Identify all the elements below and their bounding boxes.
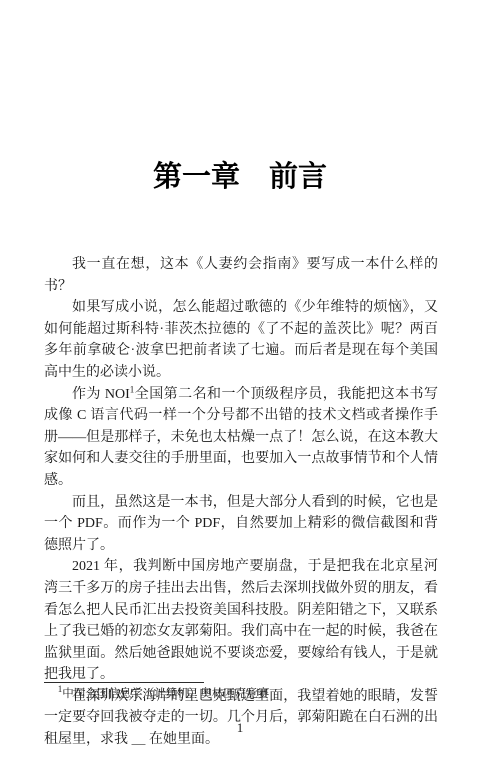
page-number: 1 xyxy=(0,720,480,736)
paragraph-5: 2021 年，我判断中国房地产要崩盘，于是把我在北京星河湾三千多万的房子挂出去出… xyxy=(44,556,438,686)
footnote-body: 中国全国信息学（计算机）奥林匹克竞赛 xyxy=(62,688,269,700)
paragraph-1: 我一直在想，这本《人妻约会指南》要写成一本什么样的书？ xyxy=(44,254,438,297)
book-page: 第一章 前言 我一直在想，这本《人妻约会指南》要写成一本什么样的书？ 如果写成小… xyxy=(0,0,480,768)
chapter-title: 第一章 前言 xyxy=(0,158,480,194)
paragraph-2: 如果写成小说，怎么能超过歌德的《少年维特的烦恼》，又如何能超过斯科特·菲茨杰拉德… xyxy=(44,297,438,383)
paragraph-4: 而且，虽然这是一本书，但是大部分人看到的时候，它也是一个 PDF。而作为一个 P… xyxy=(44,492,438,557)
footnote-text: 1中国全国信息学（计算机）奥林匹克竞赛 xyxy=(44,687,438,701)
paragraph-3: 作为 NOI1全国第二名和一个顶级程序员，我能把这本书写成像 C 语言代码一样一… xyxy=(44,384,438,492)
footnote-rule xyxy=(44,682,204,683)
body-text: 我一直在想，这本《人妻约会指南》要写成一本什么样的书？ 如果写成小说，怎么能超过… xyxy=(44,254,438,751)
paragraph-3-text-before-footnote-ref: 作为 NOI xyxy=(72,387,130,402)
footnote: 1中国全国信息学（计算机）奥林匹克竞赛 xyxy=(44,682,438,701)
